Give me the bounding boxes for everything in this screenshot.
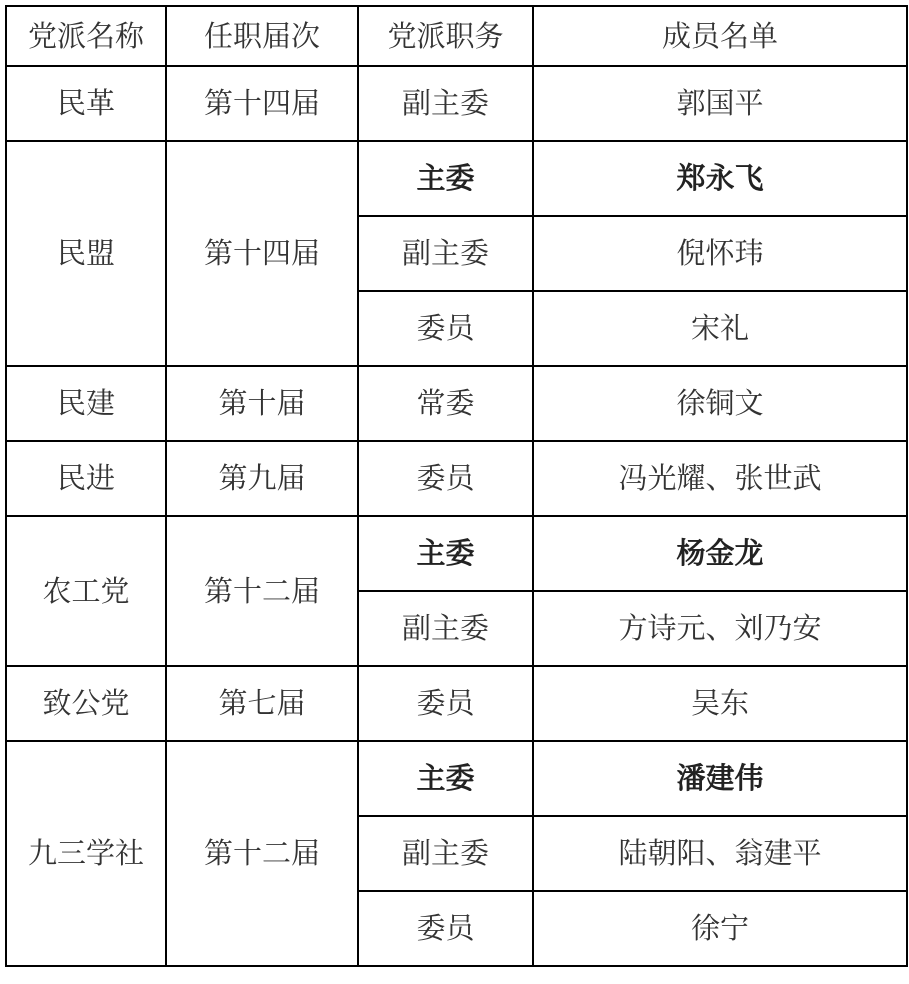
term-cell: 第十四届 bbox=[166, 66, 358, 141]
table-row: 九三学社 第十二届 主委 潘建伟 bbox=[6, 741, 907, 816]
position-cell: 主委 bbox=[358, 516, 533, 591]
header-position: 党派职务 bbox=[358, 6, 533, 66]
term-cell: 第十二届 bbox=[166, 741, 358, 966]
members-cell: 方诗元、刘乃安 bbox=[533, 591, 907, 666]
members-cell: 徐铜文 bbox=[533, 366, 907, 441]
position-cell: 副主委 bbox=[358, 591, 533, 666]
members-cell: 吴东 bbox=[533, 666, 907, 741]
position-cell: 委员 bbox=[358, 441, 533, 516]
position-cell: 委员 bbox=[358, 891, 533, 966]
party-name-cell: 农工党 bbox=[6, 516, 166, 666]
header-row: 党派名称 任职届次 党派职务 成员名单 bbox=[6, 6, 907, 66]
table-row: 民盟 第十四届 主委 郑永飞 bbox=[6, 141, 907, 216]
table-row: 农工党 第十二届 主委 杨金龙 bbox=[6, 516, 907, 591]
header-members: 成员名单 bbox=[533, 6, 907, 66]
members-cell: 郑永飞 bbox=[533, 141, 907, 216]
members-cell: 潘建伟 bbox=[533, 741, 907, 816]
members-cell: 宋礼 bbox=[533, 291, 907, 366]
members-cell: 倪怀玮 bbox=[533, 216, 907, 291]
party-name-cell: 民建 bbox=[6, 366, 166, 441]
term-cell: 第十届 bbox=[166, 366, 358, 441]
table-row: 民进 第九届 委员 冯光耀、张世武 bbox=[6, 441, 907, 516]
position-cell: 副主委 bbox=[358, 66, 533, 141]
members-cell: 郭国平 bbox=[533, 66, 907, 141]
party-name-cell: 民进 bbox=[6, 441, 166, 516]
header-party-name: 党派名称 bbox=[6, 6, 166, 66]
party-roster-table: 党派名称 任职届次 党派职务 成员名单 民革 第十四届 副主委 郭国平 民盟 第… bbox=[5, 5, 908, 967]
position-cell: 主委 bbox=[358, 141, 533, 216]
party-name-cell: 九三学社 bbox=[6, 741, 166, 966]
position-cell: 常委 bbox=[358, 366, 533, 441]
position-cell: 副主委 bbox=[358, 216, 533, 291]
party-name-cell: 民革 bbox=[6, 66, 166, 141]
header-term: 任职届次 bbox=[166, 6, 358, 66]
position-cell: 主委 bbox=[358, 741, 533, 816]
members-cell: 冯光耀、张世武 bbox=[533, 441, 907, 516]
party-name-cell: 致公党 bbox=[6, 666, 166, 741]
members-cell: 徐宁 bbox=[533, 891, 907, 966]
members-cell: 杨金龙 bbox=[533, 516, 907, 591]
position-cell: 委员 bbox=[358, 291, 533, 366]
term-cell: 第七届 bbox=[166, 666, 358, 741]
party-name-cell: 民盟 bbox=[6, 141, 166, 366]
table-row: 致公党 第七届 委员 吴东 bbox=[6, 666, 907, 741]
term-cell: 第九届 bbox=[166, 441, 358, 516]
position-cell: 副主委 bbox=[358, 816, 533, 891]
term-cell: 第十二届 bbox=[166, 516, 358, 666]
table-row: 民革 第十四届 副主委 郭国平 bbox=[6, 66, 907, 141]
table-row: 民建 第十届 常委 徐铜文 bbox=[6, 366, 907, 441]
members-cell: 陆朝阳、翁建平 bbox=[533, 816, 907, 891]
term-cell: 第十四届 bbox=[166, 141, 358, 366]
position-cell: 委员 bbox=[358, 666, 533, 741]
